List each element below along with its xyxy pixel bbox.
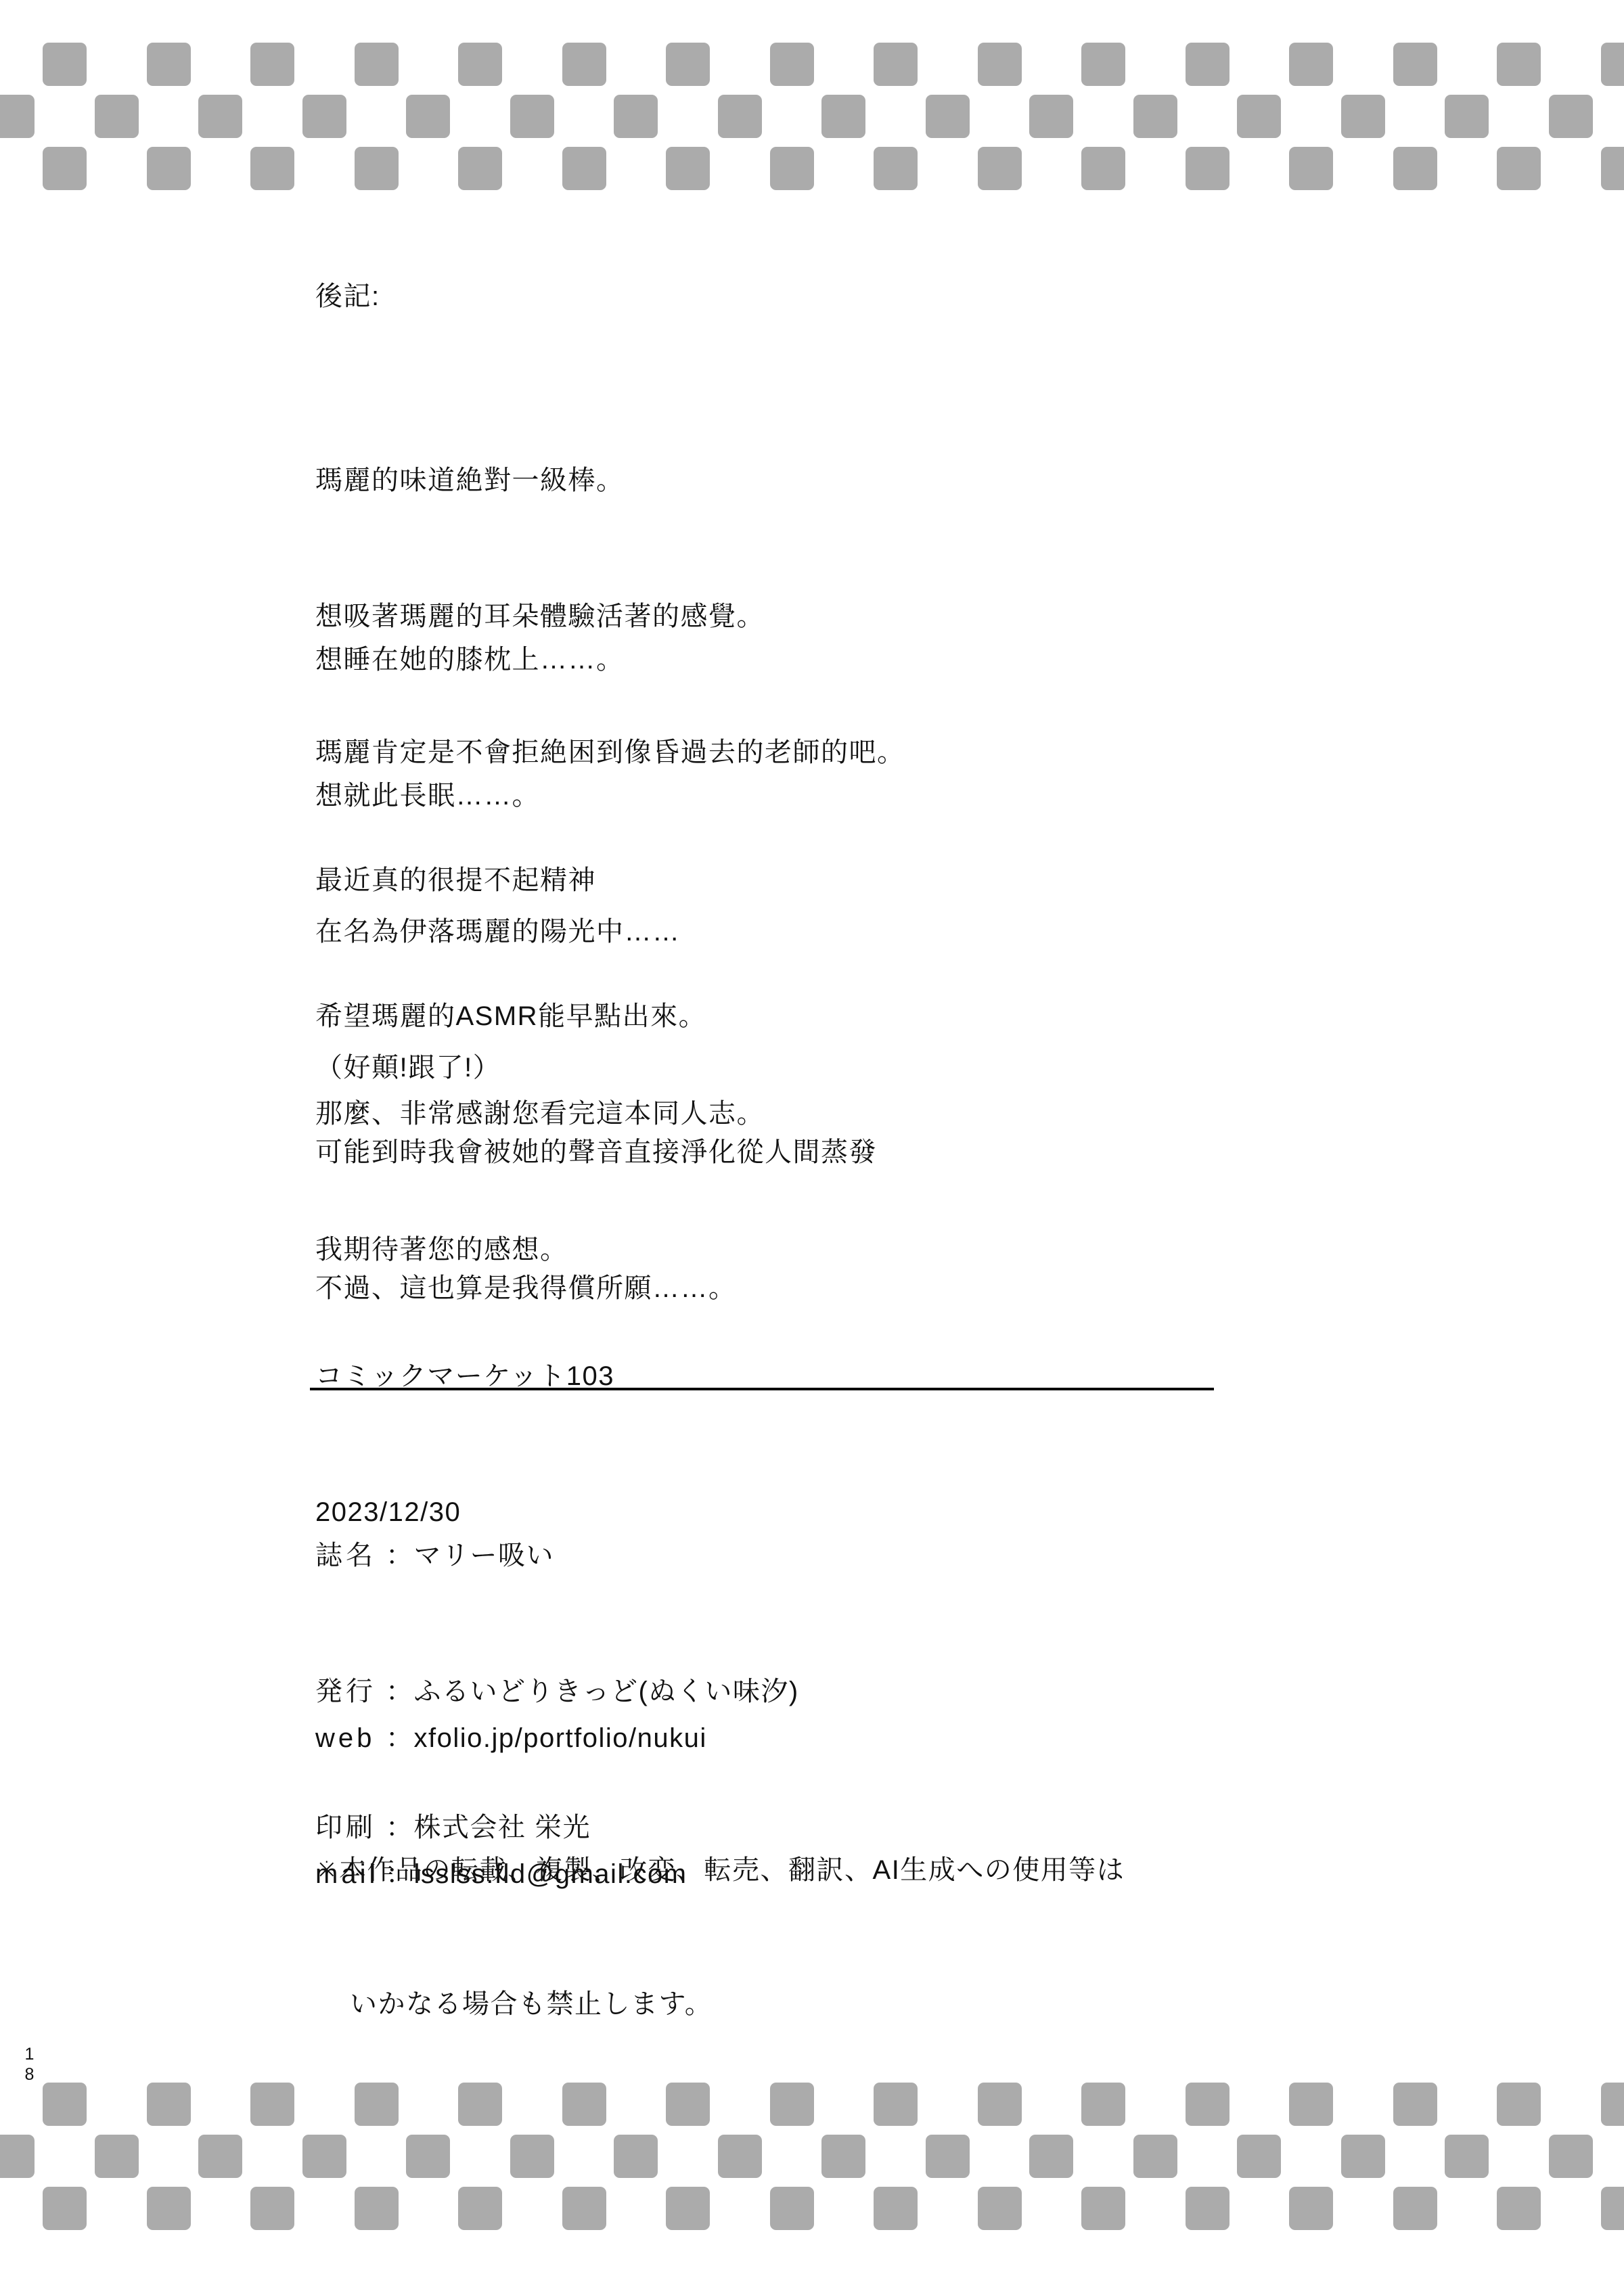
checker-square [1601, 2187, 1624, 2230]
checker-square [1029, 95, 1073, 138]
checker-square [1237, 95, 1281, 138]
checker-square [406, 2135, 450, 2178]
checker-square [1341, 95, 1385, 138]
checker-square [874, 147, 918, 190]
checker-square [198, 2135, 242, 2178]
checker-square [770, 2187, 814, 2230]
checker-square [43, 2083, 87, 2126]
checker-square [355, 147, 399, 190]
afterword-title: 後記: [315, 274, 380, 319]
checker-square [1393, 43, 1437, 86]
checker-square [1289, 2187, 1333, 2230]
checker-square [1341, 2135, 1385, 2178]
checker-square [1186, 2187, 1230, 2230]
checker-square [1133, 2135, 1177, 2178]
checker-square [821, 95, 865, 138]
colophon-value: マリー吸い [414, 1541, 555, 1570]
checker-square [666, 147, 710, 190]
checker-square [0, 2135, 35, 2178]
checker-square [1497, 147, 1541, 190]
checker-square [1497, 2187, 1541, 2230]
checker-square [510, 2135, 554, 2178]
checker-square [1186, 2083, 1230, 2126]
afterword-page: { "page": { "background": "#ffffff", "te… [0, 0, 1624, 2272]
checker-square [458, 43, 502, 86]
checker-square [458, 2083, 502, 2126]
checker-square [562, 147, 606, 190]
checker-square [614, 95, 658, 138]
checker-square [1445, 2135, 1489, 2178]
checker-square [821, 2135, 865, 2178]
checker-square [1497, 43, 1541, 86]
checker-square [614, 2135, 658, 2178]
checker-square [666, 43, 710, 86]
checker-square [302, 95, 346, 138]
checker-square [770, 43, 814, 86]
paragraph-line: 想睡在她的膝枕上……。 [315, 637, 681, 683]
checker-square [1081, 43, 1125, 86]
checker-square [770, 2083, 814, 2126]
paragraph-line: 最近真的很提不起精神 [315, 858, 877, 903]
checker-square [147, 147, 191, 190]
checker-square [43, 43, 87, 86]
checker-square [1081, 147, 1125, 190]
checker-square [1601, 43, 1624, 86]
checker-square [355, 2083, 399, 2126]
checker-square [718, 2135, 762, 2178]
checker-square [562, 2083, 606, 2126]
checker-square [1497, 2083, 1541, 2126]
paragraph-line: 那麼、非常感謝您看完這本同人志。 [315, 1091, 765, 1137]
checker-square [718, 95, 762, 138]
contact-separator: ： [386, 1723, 414, 1753]
checker-square [43, 147, 87, 190]
checker-square [562, 2187, 606, 2230]
checker-square [1289, 2083, 1333, 2126]
checker-square [562, 43, 606, 86]
checker-square [1393, 147, 1437, 190]
checker-square [147, 2187, 191, 2230]
paragraph-line: 瑪麗的味道絶對一級棒。 [315, 458, 905, 503]
checker-square [0, 95, 35, 138]
checker-square [666, 2187, 710, 2230]
checker-square [1029, 2135, 1073, 2178]
checker-square [1549, 95, 1593, 138]
checker-square [43, 2187, 87, 2230]
notice-line: いかなる場合も禁止します。 [350, 1982, 1125, 2026]
contact-row: web：xfolio.jp/portfolio/nukui [315, 1716, 707, 1761]
checker-square [95, 2135, 139, 2178]
checker-square [666, 2083, 710, 2126]
checker-square [1601, 2083, 1624, 2126]
checker-square [1186, 43, 1230, 86]
checker-square [458, 147, 502, 190]
notice-line: ※本作品の転載、複製、改変、転売、翻訳、AI生成への使用等は [315, 1848, 1125, 1892]
event-name: コミックマーケット103 [315, 1354, 614, 1399]
checker-square [250, 2083, 294, 2126]
checker-square [978, 147, 1022, 190]
checker-square [874, 43, 918, 86]
checker-square [1081, 2187, 1125, 2230]
checker-square [250, 2187, 294, 2230]
checker-square [510, 95, 554, 138]
checker-square [874, 2083, 918, 2126]
checker-square [1186, 147, 1230, 190]
page-number: 18 [20, 2045, 39, 2085]
checker-square [926, 95, 970, 138]
colophon-row: 誌名：マリー吸い [315, 1533, 799, 1578]
checker-square [95, 95, 139, 138]
checker-square [147, 43, 191, 86]
divider-line [310, 1388, 1214, 1390]
checker-square [926, 2135, 970, 2178]
checker-square [458, 2187, 502, 2230]
checker-square [1393, 2083, 1437, 2126]
checker-square [198, 95, 242, 138]
checker-square [1393, 2187, 1437, 2230]
checker-square [978, 2187, 1022, 2230]
checker-square [874, 2187, 918, 2230]
checker-square [1289, 147, 1333, 190]
contact-label: web [315, 1716, 386, 1761]
checker-square [1601, 147, 1624, 190]
checker-square [250, 147, 294, 190]
checker-square [302, 2135, 346, 2178]
checker-square [147, 2083, 191, 2126]
colophon-label: 誌名 [315, 1533, 386, 1578]
checker-square [355, 2187, 399, 2230]
colophon-separator: ： [386, 1541, 414, 1570]
checker-square [770, 147, 814, 190]
checker-square [1445, 95, 1489, 138]
checker-square [978, 2083, 1022, 2126]
checker-square [1237, 2135, 1281, 2178]
checker-square [1549, 2135, 1593, 2178]
checker-square [250, 43, 294, 86]
checker-square [1289, 43, 1333, 86]
checker-square [978, 43, 1022, 86]
notice-block: ※本作品の転載、複製、改変、転売、翻訳、AI生成への使用等は いかなる場合も禁止… [315, 1758, 1125, 2071]
checker-square [406, 95, 450, 138]
checker-square [1081, 2083, 1125, 2126]
checker-square [355, 43, 399, 86]
checker-square [1133, 95, 1177, 138]
contact-value-web: xfolio.jp/portfolio/nukui [414, 1723, 707, 1753]
